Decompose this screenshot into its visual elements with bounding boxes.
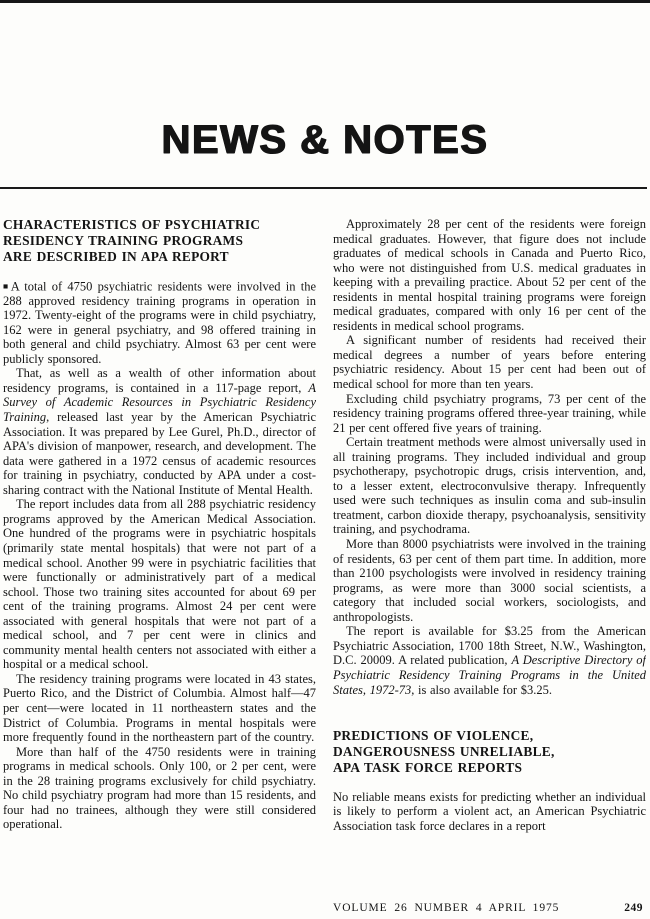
article-paragraph: The report is available for $3.25 from t… <box>333 624 646 697</box>
text-run: Certain treatment methods were almost un… <box>333 435 646 536</box>
article-heading: PREDICTIONS OF VIOLENCE,DANGEROUSNESS UN… <box>333 728 646 777</box>
text-run: The residency training programs were loc… <box>3 672 316 744</box>
article-paragraph: A significant number of residents had re… <box>333 333 646 391</box>
footer-page-number: 249 <box>624 902 643 915</box>
right-column: Approximately 28 per cent of the residen… <box>333 217 646 891</box>
text-run: Excluding child psychiatry programs, 73 … <box>333 392 646 435</box>
article-columns: CHARACTERISTICS OF PSYCHIATRICRESIDENCY … <box>3 217 647 891</box>
text-run: A significant number of residents had re… <box>333 333 646 391</box>
square-bullet-icon: ■ <box>3 281 10 291</box>
text-run: , is also available for $3.25. <box>411 683 552 697</box>
divider-rule <box>0 187 647 189</box>
text-run: Approximately 28 per cent of the residen… <box>333 217 646 333</box>
article-paragraph: More than 8000 psychiatrists were involv… <box>333 537 646 624</box>
article-paragraph: More than half of the 4750 residents wer… <box>3 745 316 832</box>
text-run: No reliable means exists for predicting … <box>333 790 646 833</box>
article-paragraph: No reliable means exists for predicting … <box>333 790 646 834</box>
article-paragraph: That, as well as a wealth of other infor… <box>3 366 316 497</box>
article-heading: CHARACTERISTICS OF PSYCHIATRICRESIDENCY … <box>3 217 316 266</box>
text-run: More than 8000 psychiatrists were involv… <box>333 537 646 624</box>
article-paragraph: The residency training programs were loc… <box>3 672 316 745</box>
article-paragraph: Excluding child psychiatry programs, 73 … <box>333 392 646 436</box>
masthead-title: NEWS & NOTES <box>0 121 650 159</box>
article-paragraph: Approximately 28 per cent of the residen… <box>333 217 646 333</box>
text-run: , released last year by the American Psy… <box>3 410 316 497</box>
text-run: That, as well as a wealth of other infor… <box>3 366 316 395</box>
footer-issue-line: VOLUME 26 NUMBER 4 APRIL 1975 <box>333 902 559 915</box>
text-run: A total of 4750 psychiatric residents we… <box>3 279 316 366</box>
text-run: The report includes data from all 288 ps… <box>3 497 316 671</box>
journal-page: NEWS & NOTES CHARACTERISTICS OF PSYCHIAT… <box>0 0 650 919</box>
top-rule <box>0 0 650 3</box>
article-paragraph: ■A total of 4750 psychiatric residents w… <box>3 279 316 367</box>
article-paragraph: The report includes data from all 288 ps… <box>3 497 316 672</box>
text-run: More than half of the 4750 residents wer… <box>3 745 316 832</box>
article-paragraph: Certain treatment methods were almost un… <box>333 435 646 537</box>
left-column: CHARACTERISTICS OF PSYCHIATRICRESIDENCY … <box>3 217 316 891</box>
